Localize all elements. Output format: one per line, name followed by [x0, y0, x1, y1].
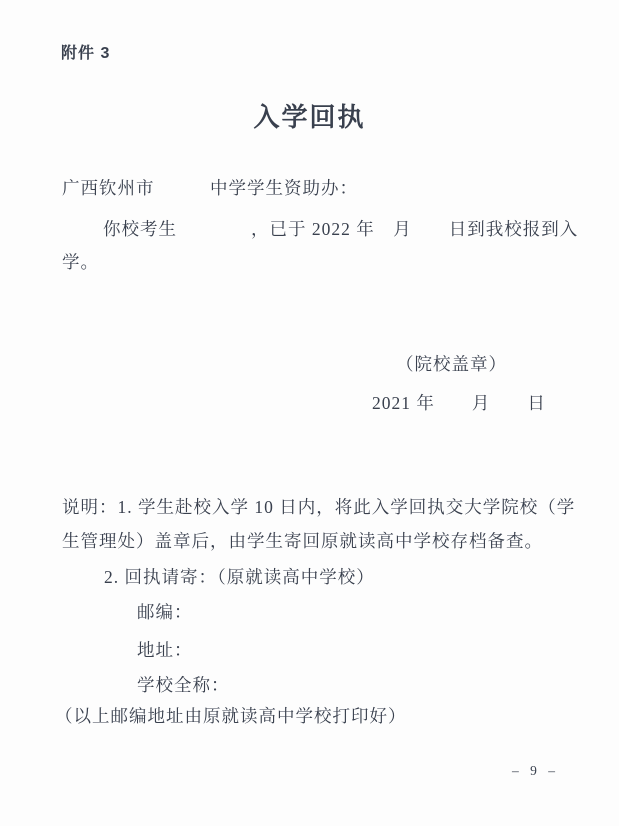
note-line-2: 生管理处）盖章后，由学生寄回原就读高中学校存档备查。	[62, 531, 543, 552]
document-page: 附件 3 入学回执 广西钦州市 中学学生资助办： 你校考生 ，已于 2022 年…	[0, 0, 619, 826]
body-line-2: 学。	[62, 252, 99, 273]
footer-note: （以上邮编地址由原就读高中学校打印好）	[55, 706, 407, 727]
note-line-3: 2. 回执请寄：（原就读高中学校）	[104, 567, 375, 588]
seal-line: （院校盖章）	[396, 354, 507, 375]
date-line: 2021 年 月 日	[372, 393, 546, 414]
body-line-1: 你校考生 ，已于 2022 年 月 日到我校报到入	[103, 219, 578, 240]
document-title: 入学回执	[0, 102, 619, 133]
address-label: 地址：	[137, 640, 193, 661]
school-name-label: 学校全称：	[137, 675, 230, 696]
postal-code-label: 邮编：	[137, 602, 193, 623]
salutation-line: 广西钦州市 中学学生资助办：	[62, 178, 358, 199]
page-number: – 9 –	[512, 763, 559, 779]
attachment-label: 附件 3	[61, 44, 110, 63]
note-line-1: 说明：1. 学生赴校入学 10 日内，将此入学回执交大学院校（学	[62, 497, 575, 518]
